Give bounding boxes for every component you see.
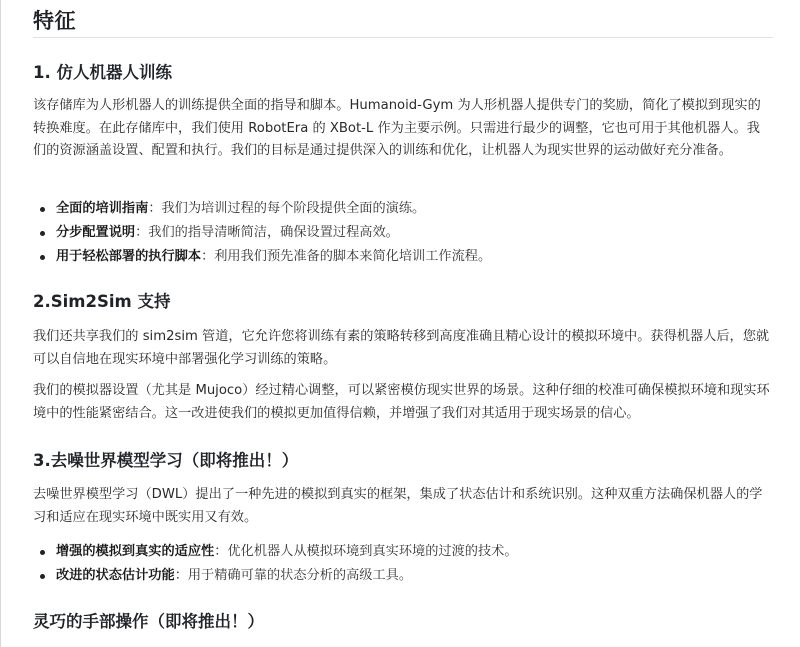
feature-list: 增强的模拟到真实的适应性：优化机器人从模拟环境到真实环境的过渡的技术。 改进的状…: [33, 540, 518, 588]
section-heading-dwl: 3.去噪世界模型学习（即将推出！）: [33, 449, 298, 473]
list-item-text: ：我们为培训过程的每个阶段提供全面的演练。: [148, 201, 425, 216]
list-item-text: ：我们的指导清晰简洁，确保设置过程高效。: [135, 225, 399, 240]
list-item-label: 改进的状态估计功能: [56, 568, 175, 583]
feature-list: 全面的培训指南：我们为培训过程的每个阶段提供全面的演练。 分步配置说明：我们的指…: [33, 197, 491, 269]
list-item-label: 用于轻松部署的执行脚本: [56, 249, 201, 264]
bullet-icon: [40, 574, 45, 579]
bullet-icon: [40, 550, 45, 555]
list-item-text: ：用于精确可靠的状态分析的高级工具。: [175, 568, 412, 583]
list-item-text: ：优化机器人从模拟环境到真实环境的过渡的技术。: [214, 544, 517, 559]
section-heading-dexterous-hand: 灵巧的手部操作（即将推出！）: [33, 610, 264, 634]
list-item-label: 增强的模拟到真实的适应性: [56, 544, 214, 559]
section-paragraph: 去噪世界模型学习（DWL）提出了一种先进的模拟到真实的框架，集成了状态估计和系统…: [33, 484, 773, 529]
bullet-icon: [40, 231, 45, 236]
section-heading-sim2sim: 2.Sim2Sim 支持: [33, 290, 170, 314]
list-item: 改进的状态估计功能：用于精确可靠的状态分析的高级工具。: [56, 564, 518, 588]
list-item: 用于轻松部署的执行脚本：利用我们预先准备的脚本来简化培训工作流程。: [56, 245, 491, 269]
bullet-icon: [40, 207, 45, 212]
list-item: 分步配置说明：我们的指导清晰简洁，确保设置过程高效。: [56, 221, 491, 245]
list-item-text: ：利用我们预先准备的脚本来简化培训工作流程。: [201, 249, 491, 264]
section-heading-humanoid-training: 1. 仿人机器人训练: [33, 61, 172, 85]
bullet-icon: [40, 255, 45, 260]
list-item-label: 全面的培训指南: [56, 201, 148, 216]
list-item: 全面的培训指南：我们为培训过程的每个阶段提供全面的演练。: [56, 197, 491, 221]
section-paragraph: 我们的模拟器设置（尤其是 Mujoco）经过精心调整，可以紧密模仿现实世界的场景…: [33, 380, 773, 425]
section-paragraph: 该存储库为人形机器人的训练提供全面的指导和脚本。Humanoid-Gym 为人形…: [33, 95, 773, 163]
page-title: 特征: [33, 0, 773, 38]
document-frame: 特征 1. 仿人机器人训练 该存储库为人形机器人的训练提供全面的指导和脚本。Hu…: [0, 0, 800, 647]
list-item-label: 分步配置说明: [56, 225, 135, 240]
section-paragraph: 我们还共享我们的 sim2sim 管道，它允许您将训练有素的策略转移到高度准确且…: [33, 326, 773, 371]
list-item: 增强的模拟到真实的适应性：优化机器人从模拟环境到真实环境的过渡的技术。: [56, 540, 518, 564]
